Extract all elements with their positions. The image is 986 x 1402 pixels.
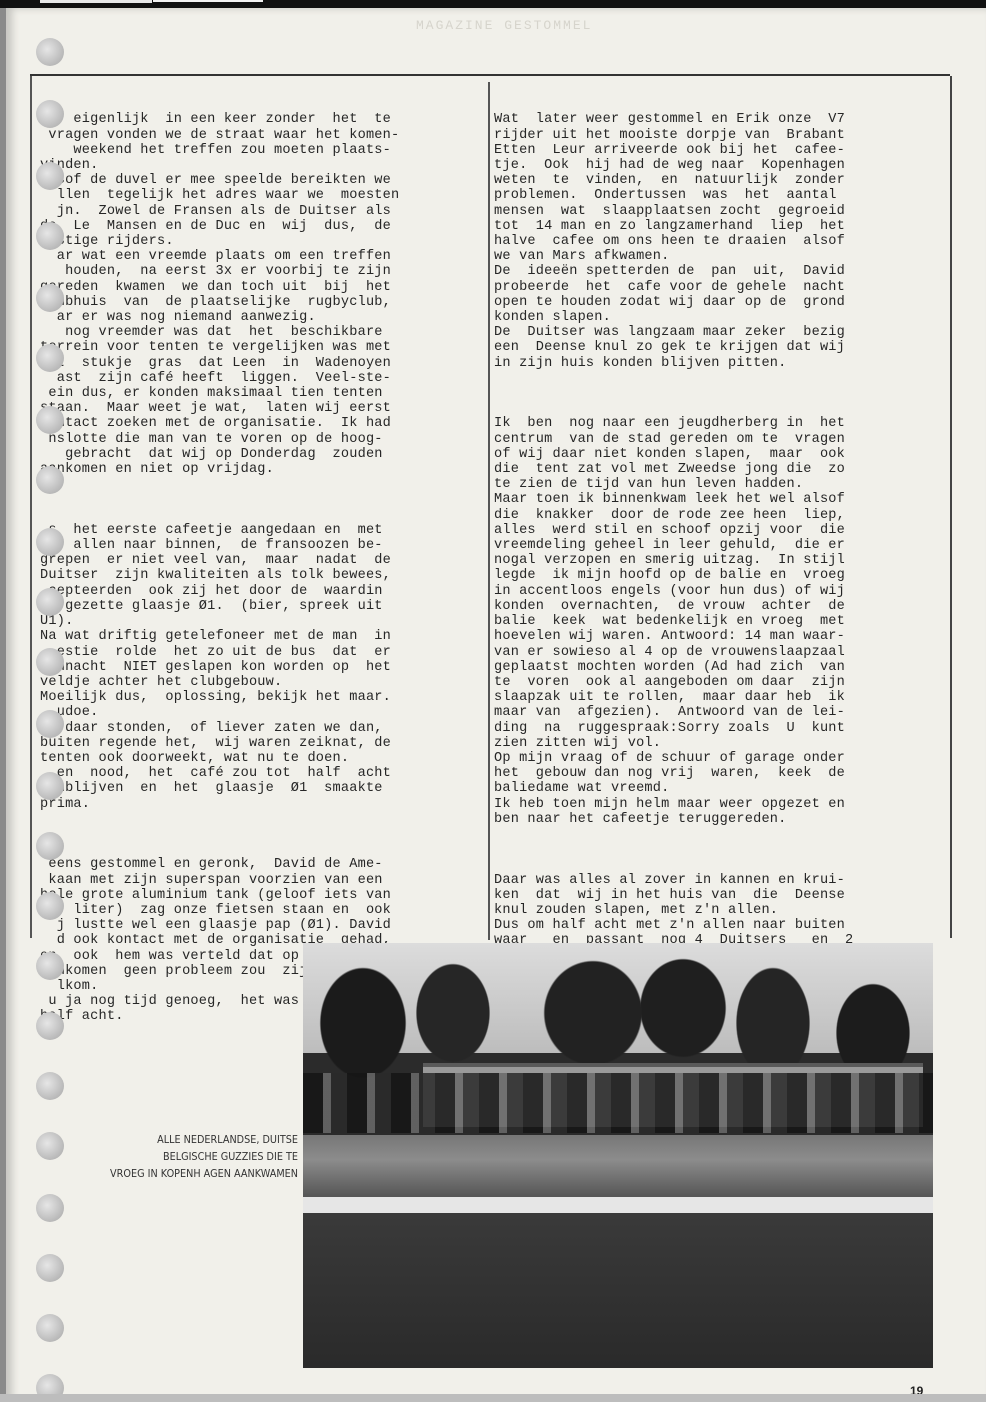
scan-bottom-edge	[0, 1394, 986, 1402]
caption-line: ALLE NEDERLANDSE, DUITSE	[62, 1132, 298, 1149]
binder-hole-icon	[36, 1194, 64, 1222]
column-divider	[488, 82, 490, 940]
scan-artifact	[40, 0, 152, 3]
binder-hole-icon	[36, 710, 64, 738]
binder-hole-icon	[36, 1254, 64, 1282]
photo-motorcycles	[303, 943, 933, 1368]
paragraph: Ik ben nog naar een jeugdherberg in het …	[494, 416, 934, 826]
photo-lawn-foreground	[303, 1213, 933, 1368]
binder-hole-icon	[36, 772, 64, 800]
paragraph: En eigenlijk in een keer zonder het te v…	[40, 112, 480, 477]
binder-hole-icon	[36, 528, 64, 556]
binder-hole-icon	[36, 222, 64, 250]
binder-hole-icon	[36, 1314, 64, 1342]
bleed-through-header: MAGAZINE GESTOMMEL	[416, 18, 592, 33]
binder-hole-icon	[36, 38, 64, 66]
left-column: En eigenlijk in een keer zonder het te v…	[40, 82, 480, 1040]
paragraph: Wat later weer gestommel en Erik onze V7…	[494, 112, 934, 370]
binder-hole-icon	[36, 344, 64, 372]
binder-hole-icon	[36, 162, 64, 190]
binder-hole-icon	[36, 952, 64, 980]
binder-hole-icon	[36, 1012, 64, 1040]
photo-motorcycles-row	[303, 1073, 933, 1133]
right-column: Wat later weer gestommel en Erik onze V7…	[494, 82, 934, 1070]
binder-hole-icon	[36, 100, 64, 128]
binder-hole-icon	[36, 648, 64, 676]
binder-hole-icon	[36, 892, 64, 920]
scan-top-edge	[0, 0, 986, 8]
binder-hole-icon	[36, 406, 64, 434]
binder-hole-icon	[36, 588, 64, 616]
photo-lawn	[303, 1135, 933, 1197]
photo-caption: ALLE NEDERLANDSE, DUITSE BELGISCHE GUZZI…	[62, 1132, 298, 1183]
binder-hole-icon	[36, 1072, 64, 1100]
paragraph: s het eerste cafeetje aangedaan en met n…	[40, 523, 480, 812]
binder-hole-icon	[36, 832, 64, 860]
binder-hole-icon	[36, 1132, 64, 1160]
photo-path	[303, 1197, 933, 1213]
scan-artifact	[153, 0, 263, 2]
binder-hole-icon	[36, 284, 64, 312]
binder-hole-icon	[36, 466, 64, 494]
caption-line: VROEG IN KOPENH AGEN AANKWAMEN	[62, 1166, 298, 1183]
caption-line: BELGISCHE GUZZIES DIE TE	[62, 1149, 298, 1166]
